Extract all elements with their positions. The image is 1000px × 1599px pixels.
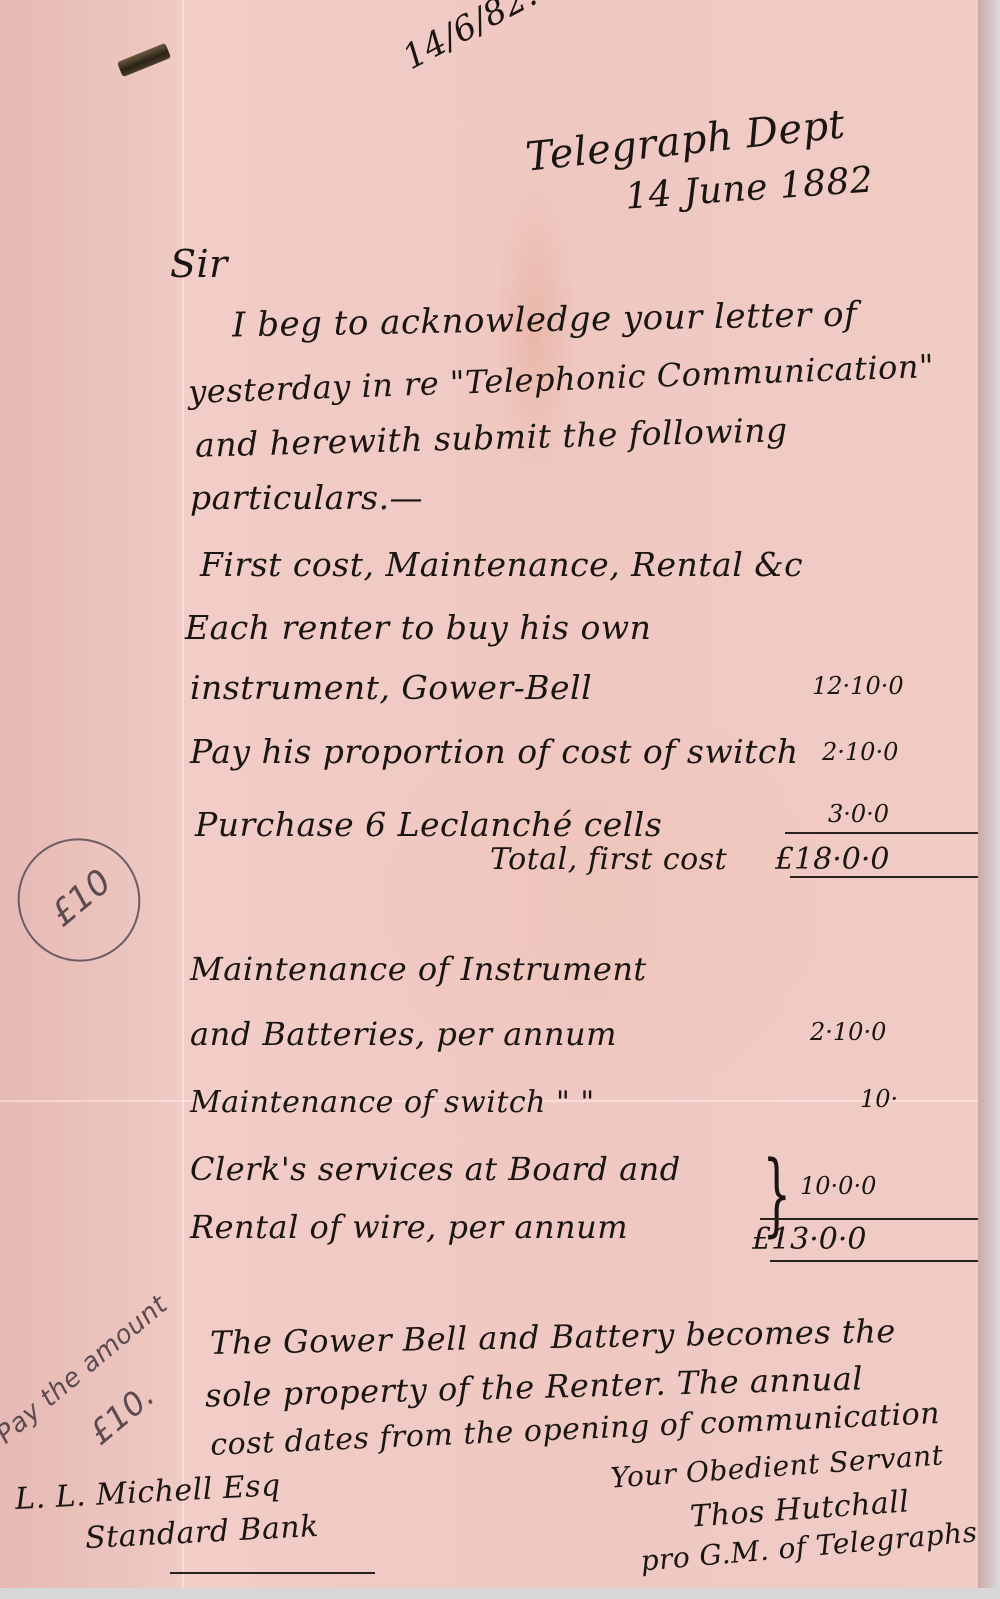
first-cost-intro: Each renter to buy his own	[185, 608, 651, 647]
first-cost-total-amount: £18·0·0	[775, 842, 890, 877]
filing-mark: 14/6/82.	[396, 0, 544, 78]
annual-item-amount: 2·10·0	[810, 1018, 886, 1046]
pencil-note-amount: £10.	[81, 1376, 162, 1452]
annual-item-label: Maintenance of switch " "	[190, 1085, 595, 1120]
staple-icon	[117, 43, 171, 77]
body-line: I beg to acknowledge your letter of	[232, 295, 858, 346]
first-cost-item-amount: 12·10·0	[812, 672, 904, 700]
salutation: Sir	[170, 242, 228, 286]
addressee-name: L. L. Michell Esq	[14, 1468, 281, 1517]
total-rule	[790, 876, 980, 878]
annual-item-label: and Batteries, per annum	[190, 1015, 617, 1053]
annual-item-label: Maintenance of Instrument	[190, 950, 647, 988]
total-rule	[770, 1260, 980, 1262]
page-edge	[978, 0, 1000, 1599]
body-line: particulars.—	[190, 478, 423, 517]
letter-date: 14 June 1882	[624, 159, 875, 217]
first-cost-item-amount: 3·0·0	[828, 800, 889, 828]
annual-item-amount: 10·0·0	[800, 1172, 876, 1200]
closing-line: The Gower Bell and Battery becomes the	[210, 1312, 896, 1362]
subtotal-rule	[785, 832, 980, 834]
section-heading: First cost, Maintenance, Rental &c	[200, 545, 803, 584]
first-cost-item-label: Purchase 6 Leclanché cells	[195, 805, 662, 844]
first-cost-item-amount: 2·10·0	[822, 738, 898, 766]
annual-item-amount: 10·	[860, 1085, 898, 1113]
first-cost-total-label: Total, first cost	[490, 842, 727, 877]
subtotal-rule	[760, 1218, 980, 1220]
body-line: yesterday in re "Telephonic Communicatio…	[188, 347, 935, 411]
letter-page: 14/6/82. Telegraph Dept 14 June 1882 Sir…	[0, 0, 978, 1588]
body-line: and herewith submit the following	[195, 410, 788, 464]
addressee-underline	[170, 1572, 375, 1574]
annual-item-label: Rental of wire, per annum	[190, 1208, 628, 1246]
annual-total-amount: £13·0·0	[752, 1222, 867, 1257]
page-edge	[0, 1588, 1000, 1599]
first-cost-item-label: Pay his proportion of cost of switch	[190, 732, 799, 771]
annual-item-label: Clerk's services at Board and	[190, 1150, 681, 1188]
first-cost-item-label: instrument, Gower-Bell	[190, 668, 592, 707]
fold-crease-vertical	[182, 0, 184, 1588]
addressee-institution: Standard Bank	[84, 1509, 319, 1556]
